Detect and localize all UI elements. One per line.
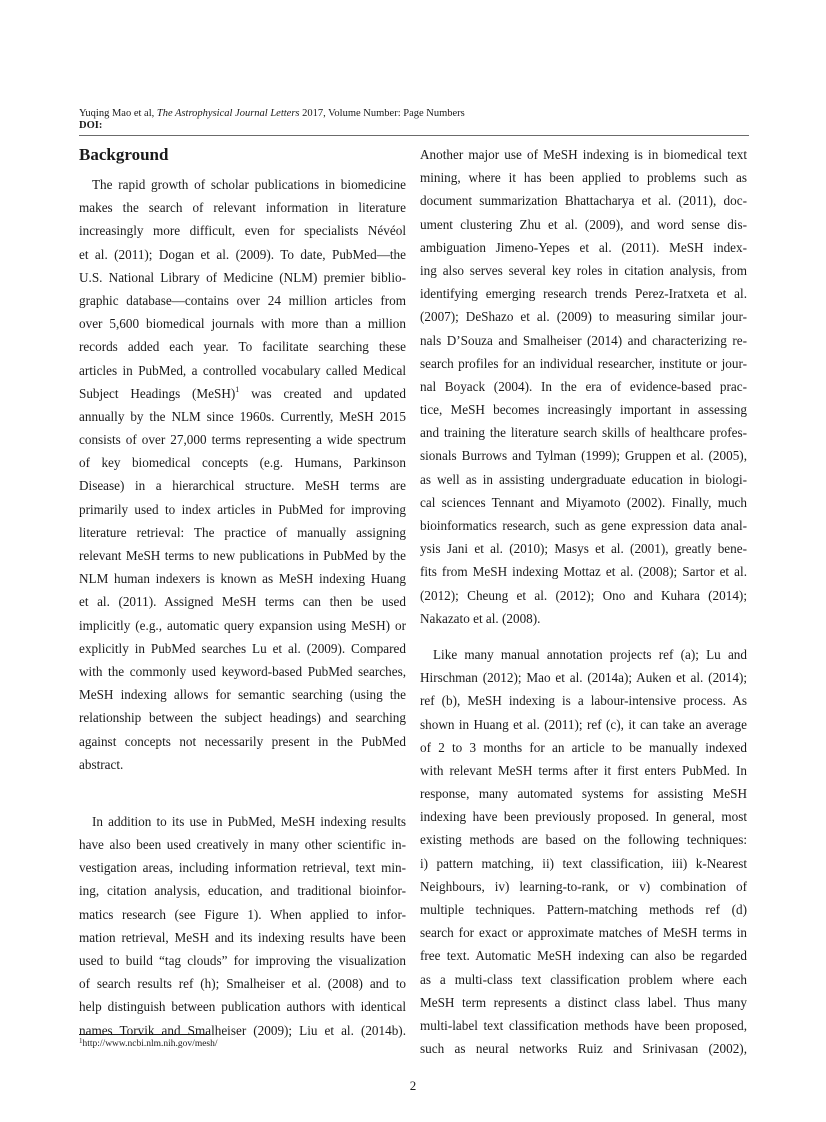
text-line: mining, where it has been applied to pro… xyxy=(420,166,747,189)
text-line: identifying emerging research trends Per… xyxy=(420,282,747,305)
text-line: with relevant MeSH terms after it first … xyxy=(420,759,747,782)
header-authors: Yuqing Mao et al, xyxy=(79,108,157,119)
text-line: as a multi-class text classification pro… xyxy=(420,968,747,991)
text-line: nals D’Souza and Smalheiser (2014) and c… xyxy=(420,329,747,352)
mesh-line-tail: was created and updated xyxy=(239,386,406,401)
header-doi: DOI: xyxy=(79,120,749,132)
header-rule xyxy=(79,135,749,136)
text-line: makes the search of relevant information… xyxy=(79,196,406,219)
page-number: 2 xyxy=(0,1078,826,1094)
header-volume: 2017, Volume Number: Page Numbers xyxy=(300,108,465,119)
text-line: Nakazato et al. (2008). xyxy=(420,607,747,630)
text-line: Like many manual annotation projects ref… xyxy=(420,643,747,666)
footnote-rule xyxy=(79,1034,209,1035)
text-line: mation retrieval, MeSH and its indexing … xyxy=(79,926,406,949)
text-line: multiple techniques. Pattern-matching me… xyxy=(420,898,747,921)
mesh-term: Subject Headings (MeSH) xyxy=(79,386,235,401)
text-line: ref (b), MeSH indexing is a labour-inten… xyxy=(420,689,747,712)
text-line: cal sciences Tennant and Miyamoto (2002)… xyxy=(420,491,747,514)
text-line: bioinformatics research, such as gene ex… xyxy=(420,514,747,537)
right-column: Another major use of MeSH indexing is in… xyxy=(420,143,747,1060)
footnote: 1http://www.ncbi.nlm.nih.gov/mesh/ xyxy=(79,1039,218,1050)
paragraph-4: Like many manual annotation projects ref… xyxy=(420,643,747,1060)
text-line: such as neural networks Ruiz and Sriniva… xyxy=(420,1037,747,1060)
text-line: NLM human indexers is known as MeSH inde… xyxy=(79,567,406,590)
text-line: Subject Headings (MeSH)1 was created and… xyxy=(79,382,406,405)
paragraph-2: In addition to its use in PubMed, MeSH i… xyxy=(79,810,406,1042)
text-line: search for exact or approximate matches … xyxy=(420,921,747,944)
text-line: abstract. xyxy=(79,753,406,776)
section-heading: Background xyxy=(79,143,406,167)
text-line: free text. Automatic MeSH indexing can a… xyxy=(420,944,747,967)
text-line: ysis Jani et al. (2010); Masys et al. (2… xyxy=(420,537,747,560)
text-line: of key biomedical concepts (e.g. Humans,… xyxy=(79,451,406,474)
text-line: ument clustering Zhu et al. (2009), and … xyxy=(420,213,747,236)
text-line: et al. (2011); Dogan et al. (2009). To d… xyxy=(79,243,406,266)
text-line: and training the literature search skill… xyxy=(420,421,747,444)
text-line: nal Boyack (2004). In the era of evidenc… xyxy=(420,375,747,398)
text-line: response, many automated systems for ass… xyxy=(420,782,747,805)
paragraph-3: Another major use of MeSH indexing is in… xyxy=(420,143,747,630)
text-line: annually by the NLM since 1960s. Current… xyxy=(79,405,406,428)
footnote-url[interactable]: http://www.ncbi.nlm.nih.gov/mesh/ xyxy=(83,1039,218,1049)
text-line: ambiguation Jimeno-Yepes et al. (2011). … xyxy=(420,236,747,259)
text-line: i) pattern matching, ii) text classifica… xyxy=(420,852,747,875)
text-line: implicitly (e.g., automatic query expans… xyxy=(79,614,406,637)
text-line: tice, MeSH becomes increasingly importan… xyxy=(420,398,747,421)
left-column: Background The rapid growth of scholar p… xyxy=(79,143,406,1042)
text-line: relevant MeSH terms to new publications … xyxy=(79,544,406,567)
header-journal: The Astrophysical Journal Letters xyxy=(157,108,300,119)
text-line: used to build “tag clouds” for improving… xyxy=(79,949,406,972)
text-line: existing methods are based on the follow… xyxy=(420,828,747,851)
text-line: increasingly more difficult, even for sp… xyxy=(79,219,406,242)
text-line: search profiles for an individual resear… xyxy=(420,352,747,375)
text-line: shown in Huang et al. (2011); ref (c), i… xyxy=(420,713,747,736)
text-line: fits from MeSH indexing Mottaz et al. (2… xyxy=(420,560,747,583)
text-line: sionals Burrows and Tylman (1999); Grupp… xyxy=(420,444,747,467)
text-line: Another major use of MeSH indexing is in… xyxy=(420,143,747,166)
text-line: ing also serves several key roles in cit… xyxy=(420,259,747,282)
text-line: Neighbours, iv) learning-to-rank, or v) … xyxy=(420,875,747,898)
text-line: articles in PubMed, a controlled vocabul… xyxy=(79,359,406,382)
paragraph-1: The rapid growth of scholar publications… xyxy=(79,173,406,776)
text-line: matics research (see Figure 1). When app… xyxy=(79,903,406,926)
text-line: (2012); Cheung et al. (2012); Ono and Ku… xyxy=(420,584,747,607)
text-line: have also been used creatively in many o… xyxy=(79,833,406,856)
text-line: (2007); DeShazo et al. (2009) to measuri… xyxy=(420,305,747,328)
text-line: document summarization Bhattacharya et a… xyxy=(420,189,747,212)
text-line: of search results ref (h); Smalheiser et… xyxy=(79,972,406,995)
text-line: indexing have been previously proposed. … xyxy=(420,805,747,828)
text-line: with the commonly used keyword-based Pub… xyxy=(79,660,406,683)
text-line: Hirschman (2012); Mao et al. (2014a); Au… xyxy=(420,666,747,689)
text-line: literature retrieval: The practice of ma… xyxy=(79,521,406,544)
text-line: The rapid growth of scholar publications… xyxy=(79,173,406,196)
text-line: explicitly in PubMed searches Lu et al. … xyxy=(79,637,406,660)
text-line: ing, citation analysis, education, and t… xyxy=(79,879,406,902)
text-line: Disease) in a hierarchical structure. Me… xyxy=(79,474,406,497)
text-line: multi-label text classification methods … xyxy=(420,1014,747,1037)
text-line: In addition to its use in PubMed, MeSH i… xyxy=(79,810,406,833)
text-line: against concepts not necessarily present… xyxy=(79,730,406,753)
text-line: as well as in assisting undergraduate ed… xyxy=(420,468,747,491)
text-line: primarily used to index articles in PubM… xyxy=(79,498,406,521)
text-line: vestigation areas, including information… xyxy=(79,856,406,879)
text-line: over 5,600 biomedical journals with more… xyxy=(79,312,406,335)
text-line: graphic database—contains over 24 millio… xyxy=(79,289,406,312)
text-line: consists of over 27,000 terms representi… xyxy=(79,428,406,451)
text-line: MeSH indexing allows for semantic search… xyxy=(79,683,406,706)
text-line: of 2 to 3 months for an article to be ma… xyxy=(420,736,747,759)
text-line: help distinguish between publication aut… xyxy=(79,995,406,1018)
text-line: et al. (2011). Assigned MeSH terms can t… xyxy=(79,590,406,613)
text-line: U.S. National Library of Medicine (NLM) … xyxy=(79,266,406,289)
text-line: records added each year. To facilitate s… xyxy=(79,335,406,358)
running-header: Yuqing Mao et al, The Astrophysical Jour… xyxy=(79,108,749,132)
text-line: relationship between the subject heading… xyxy=(79,706,406,729)
text-line: MeSH term represents a distinct class la… xyxy=(420,991,747,1014)
citation-line: Yuqing Mao et al, The Astrophysical Jour… xyxy=(79,108,749,120)
